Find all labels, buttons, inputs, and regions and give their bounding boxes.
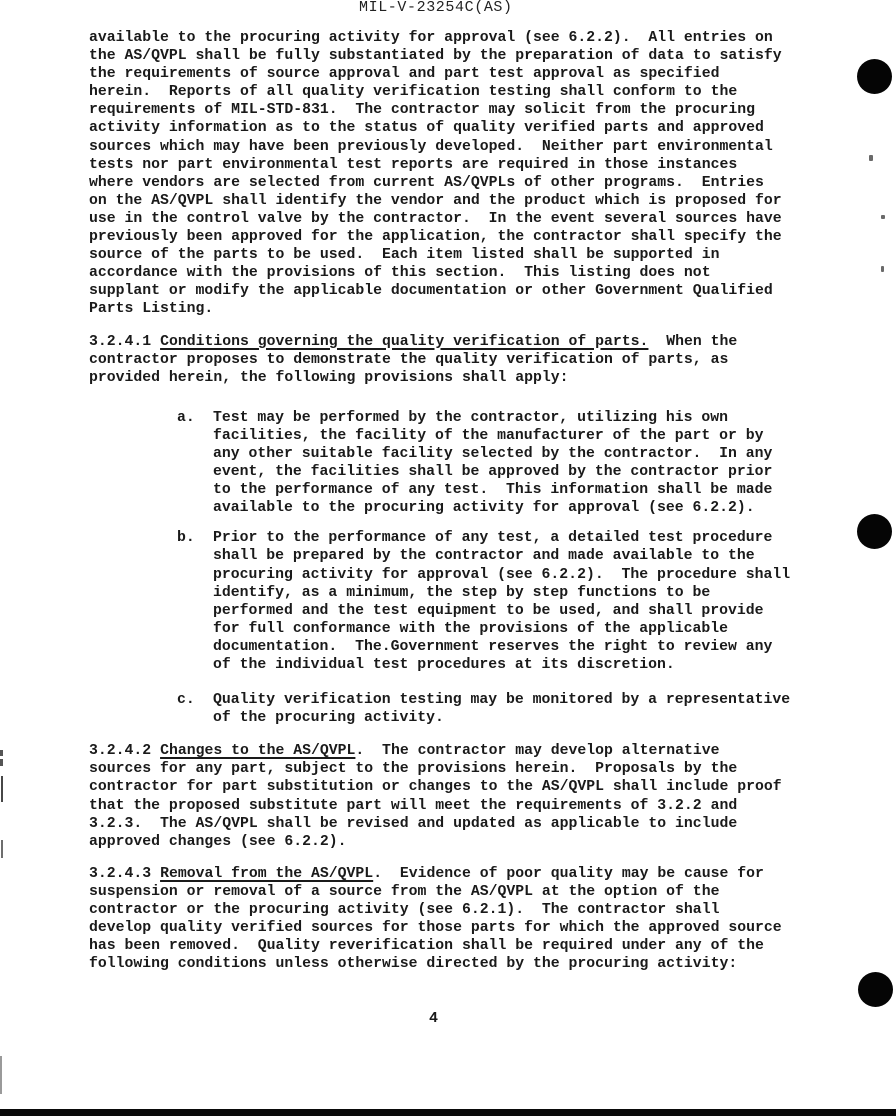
list-marker: b. xyxy=(177,529,195,547)
scan-edge-artifact xyxy=(1,840,3,858)
text-line: any other suitable facility selected by … xyxy=(213,445,849,463)
text-line: accordance with the provisions of this s… xyxy=(89,264,849,282)
text-line: source of the parts to be used. Each ite… xyxy=(89,246,849,264)
text-line: supplant or modify the applicable docume… xyxy=(89,282,849,300)
text-line: Prior to the performance of any test, a … xyxy=(213,529,849,547)
text-line: the requirements of source approval and … xyxy=(89,65,849,83)
text-line: Test may be performed by the contractor,… xyxy=(213,409,849,427)
text-line: shall be prepared by the contractor and … xyxy=(213,547,849,565)
hole-punch-mark-bottom xyxy=(858,972,893,1007)
text-line: available to the procuring activity for … xyxy=(213,499,849,517)
section-heading-line: 3.2.4.1 Conditions governing the quality… xyxy=(89,333,849,351)
text-line: identify, as a minimum, the step by step… xyxy=(213,584,849,602)
scan-edge-artifact xyxy=(1,776,3,802)
text-line: of the individual test procedures at its… xyxy=(213,656,849,674)
text-line: requirements of MIL-STD-831. The contrac… xyxy=(89,101,849,119)
text-line: contractor or the procuring activity (se… xyxy=(89,901,849,919)
text-line: the AS/QVPL shall be fully substantiated… xyxy=(89,47,849,65)
text-line: activity information as to the status of… xyxy=(89,119,849,137)
text-line: has been removed. Quality reverification… xyxy=(89,937,849,955)
text-line: sources for any part, subject to the pro… xyxy=(89,760,849,778)
text-line: for full conformance with the provisions… xyxy=(213,620,849,638)
document-number-header: MIL-V-23254C(AS) xyxy=(359,0,513,16)
text-line: available to the procuring activity for … xyxy=(89,29,849,47)
text-line: use in the control valve by the contract… xyxy=(89,210,849,228)
section-3.2.4.2: 3.2.4.2 Changes to the AS/QVPL. The cont… xyxy=(89,742,849,851)
text-line: sources which may have been previously d… xyxy=(89,138,849,156)
text-line: where vendors are selected from current … xyxy=(89,174,849,192)
text-line: approved changes (see 6.2.2). xyxy=(89,833,849,851)
text-line: performed and the test equipment to be u… xyxy=(213,602,849,620)
text-line: facilities, the facility of the manufact… xyxy=(213,427,849,445)
section-number: 3.2.4.2 xyxy=(89,743,151,759)
section-title: Changes to the AS/QVPL xyxy=(160,743,355,759)
hole-punch-mark-top xyxy=(857,59,892,94)
hole-punch-mark-middle xyxy=(857,514,892,549)
text-line: of the procuring activity. xyxy=(213,709,849,727)
text-line: contractor for part substitution or chan… xyxy=(89,778,849,796)
text-line: Quality verification testing may be moni… xyxy=(213,691,849,709)
scan-edge-artifact xyxy=(0,759,3,766)
text-line: provided herein, the following provision… xyxy=(89,369,849,387)
list-item-c: c.Quality verification testing may be mo… xyxy=(89,691,849,727)
section-number: 3.2.4.3 xyxy=(89,866,151,882)
section-heading-rest: . The contractor may develop alternative xyxy=(355,743,719,759)
text-line: event, the facilities shall be approved … xyxy=(213,463,849,481)
text-line: Parts Listing. xyxy=(89,300,849,318)
text-line: develop quality verified sources for tho… xyxy=(89,919,849,937)
text-line: on the AS/QVPL shall identify the vendor… xyxy=(89,192,849,210)
section-heading-rest: . Evidence of poor quality may be cause … xyxy=(373,866,764,882)
scan-edge-artifact xyxy=(0,750,3,756)
scan-speck xyxy=(881,266,884,272)
text-line: suspension or removal of a source from t… xyxy=(89,883,849,901)
section-heading-line: 3.2.4.2 Changes to the AS/QVPL. The cont… xyxy=(89,742,849,760)
list-item-b: b.Prior to the performance of any test, … xyxy=(89,529,849,674)
section-title: Removal from the AS/QVPL xyxy=(160,866,373,882)
document-body: available to the procuring activity for … xyxy=(89,29,849,973)
section-number: 3.2.4.1 xyxy=(89,334,151,350)
paragraph: available to the procuring activity for … xyxy=(89,29,849,319)
list-marker: a. xyxy=(177,409,195,427)
scanned-document-page: MIL-V-23254C(AS) available to the procur… xyxy=(0,0,896,1116)
list-marker: c. xyxy=(177,691,195,709)
text-line: to the performance of any test. This inf… xyxy=(213,481,849,499)
text-line: following conditions unless otherwise di… xyxy=(89,955,849,973)
section-3.2.4.1: 3.2.4.1 Conditions governing the quality… xyxy=(89,333,849,387)
text-line: tests nor part environmental test report… xyxy=(89,156,849,174)
text-line: documentation. The.Government reserves t… xyxy=(213,638,849,656)
text-line: previously been approved for the applica… xyxy=(89,228,849,246)
section-heading-rest: When the xyxy=(648,334,737,350)
text-line: herein. Reports of all quality verificat… xyxy=(89,83,849,101)
section-heading-line: 3.2.4.3 Removal from the AS/QVPL. Eviden… xyxy=(89,865,849,883)
section-title: Conditions governing the quality verific… xyxy=(160,334,648,350)
scan-bottom-edge xyxy=(0,1109,896,1116)
scan-edge-artifact xyxy=(0,1056,2,1094)
list-item-a: a.Test may be performed by the contracto… xyxy=(89,409,849,518)
text-line: procuring activity for approval (see 6.2… xyxy=(213,566,849,584)
scan-speck xyxy=(881,215,885,219)
text-line: contractor proposes to demonstrate the q… xyxy=(89,351,849,369)
page-number: 4 xyxy=(429,1010,438,1027)
text-line: 3.2.3. The AS/QVPL shall be revised and … xyxy=(89,815,849,833)
scan-speck xyxy=(869,155,873,161)
section-3.2.4.3: 3.2.4.3 Removal from the AS/QVPL. Eviden… xyxy=(89,865,849,974)
text-line: that the proposed substitute part will m… xyxy=(89,797,849,815)
